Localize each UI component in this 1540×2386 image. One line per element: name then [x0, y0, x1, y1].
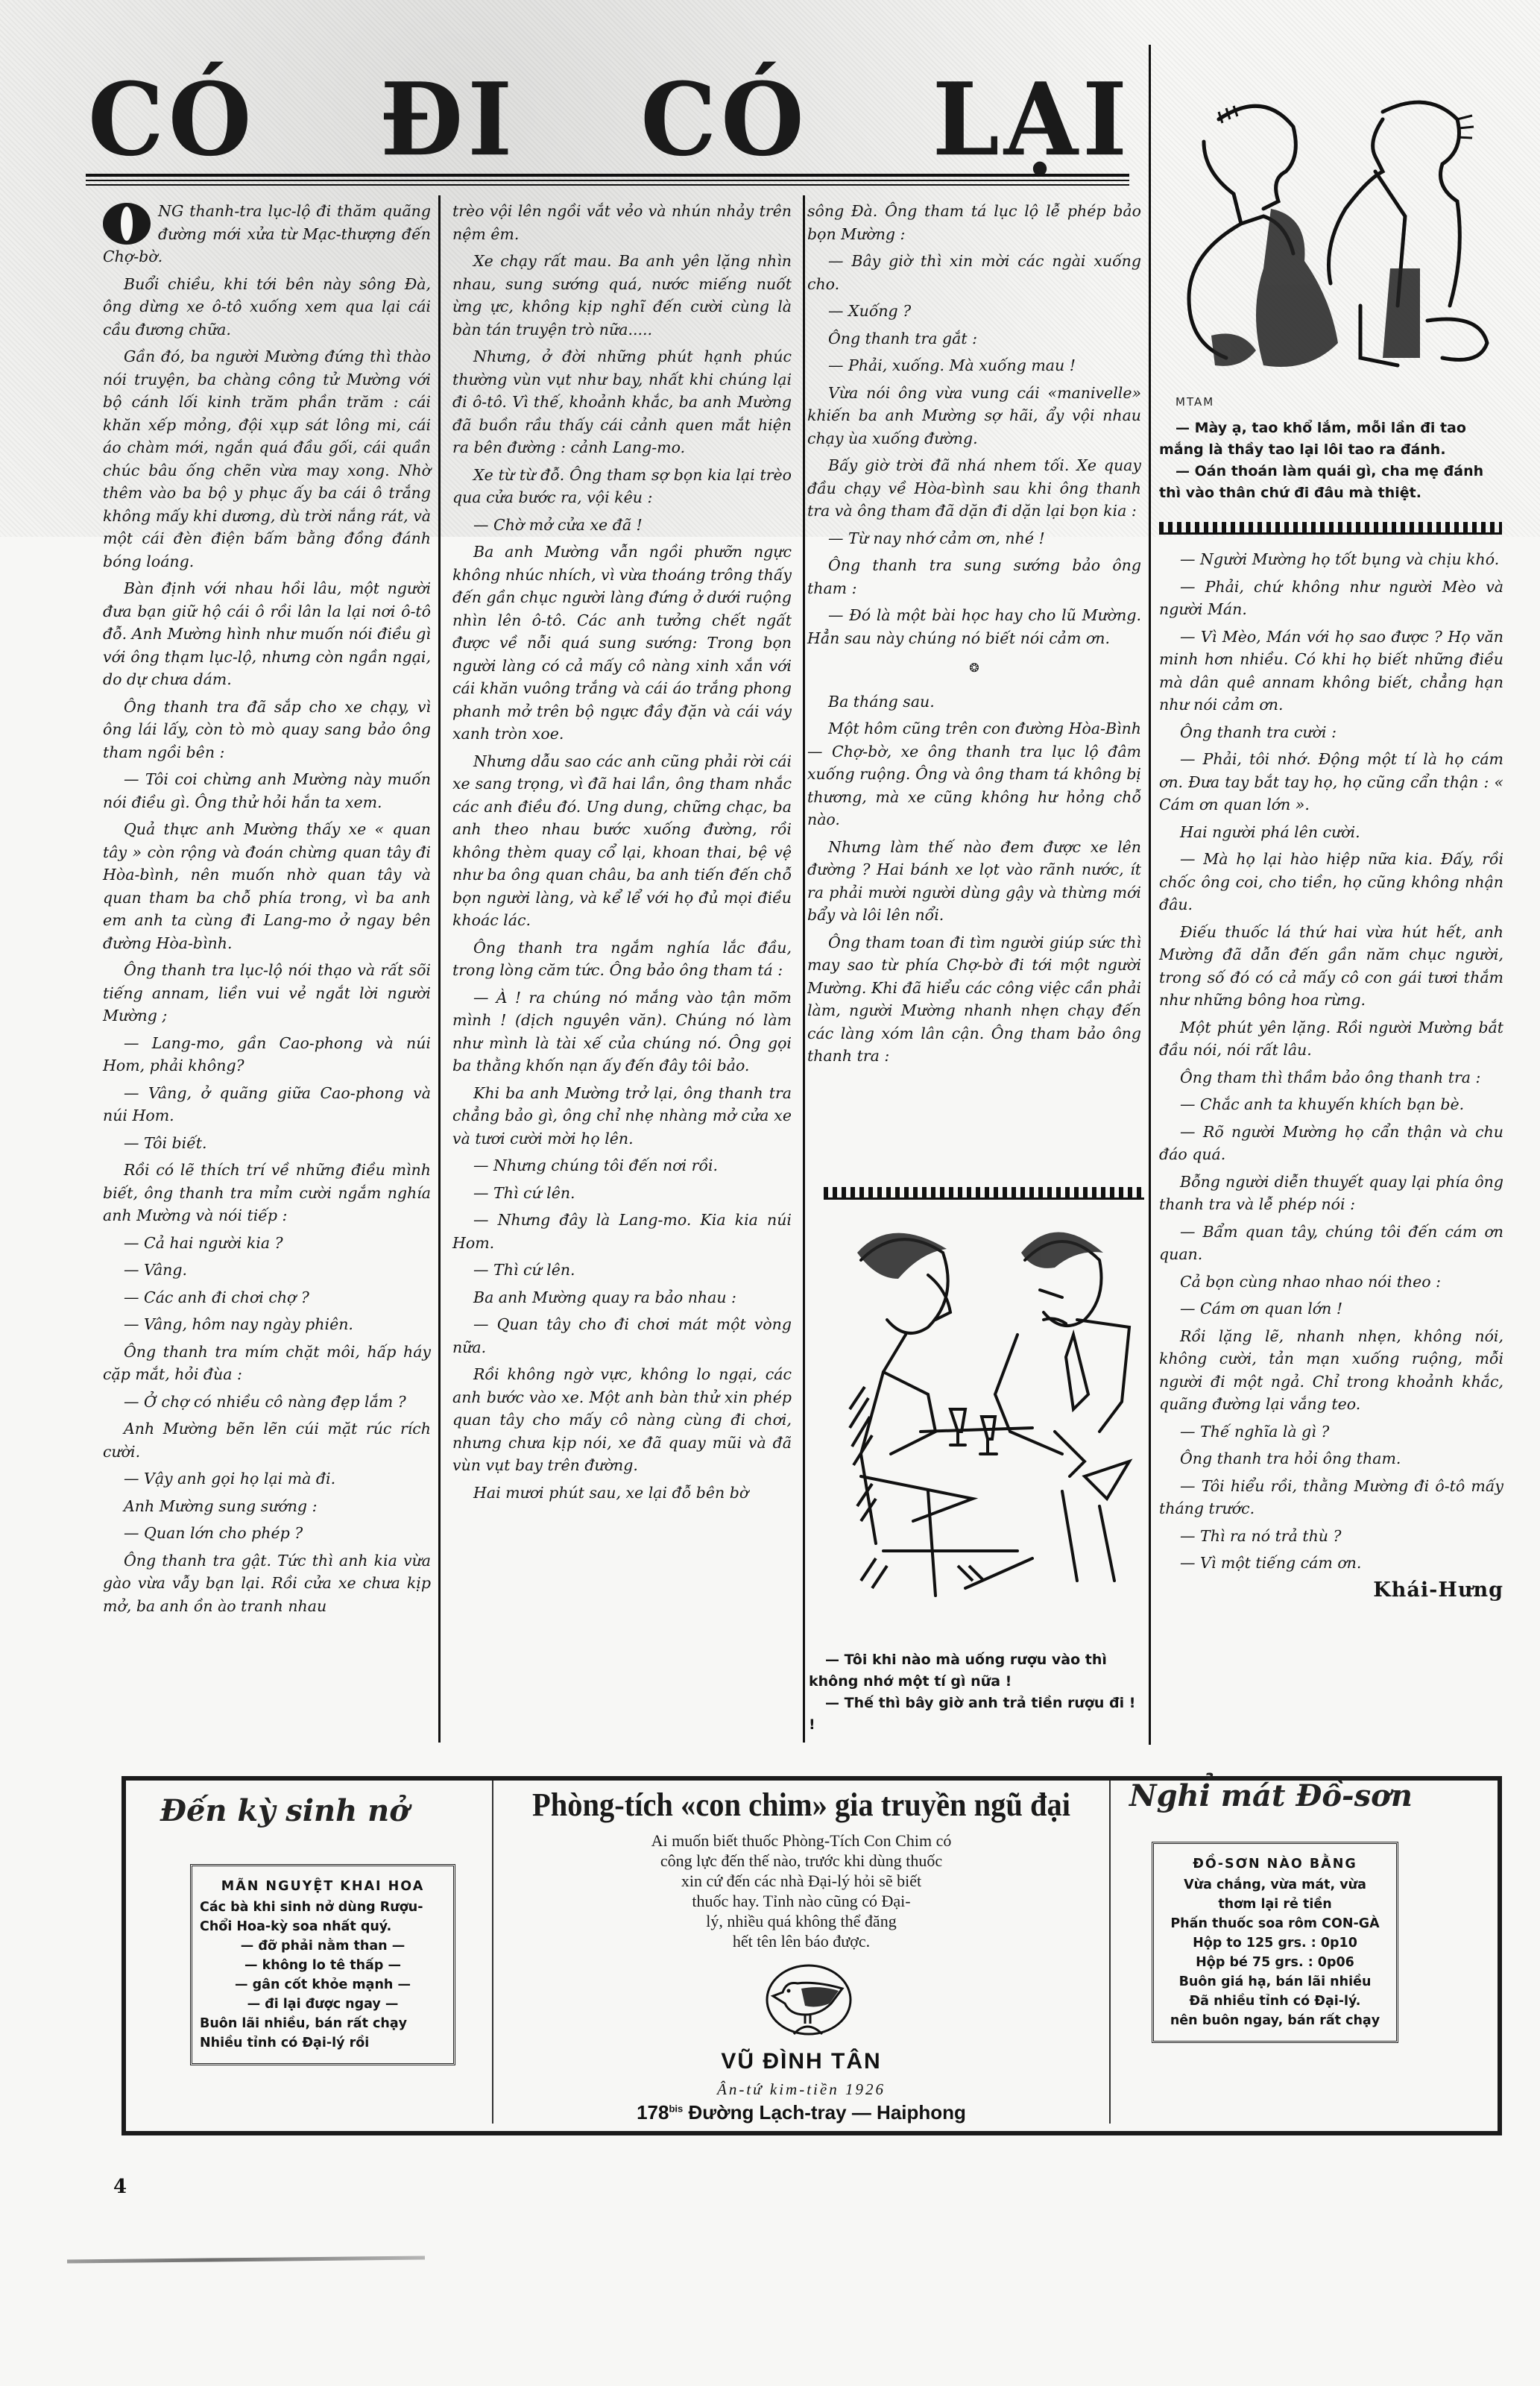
story-paragraph: Nhưng dẫu sao các anh cũng phải rời cái …	[452, 750, 792, 932]
ad-center-award: Ân-tứ kim-tiền 1926	[496, 2080, 1107, 2099]
story-paragraph: Nhưng, ở đời những phút hạnh phúc thường…	[452, 345, 792, 459]
story-paragraph: — Chắc anh ta khuyến khích bạn bè.	[1159, 1093, 1503, 1116]
story-paragraph: Một hôm cũng trên con đường Hòa-Bình — C…	[807, 717, 1141, 831]
ad-right-line: nên buôn ngay, bán rất chạy	[1161, 2011, 1389, 2030]
story-paragraph: Buổi chiều, khi tới bên này sông Đà, ông…	[103, 273, 431, 341]
story-paragraph: trèo vội lên ngồi vắt vẻo và nhún nhảy t…	[452, 200, 792, 245]
column-divider	[438, 195, 441, 1743]
headline-rule	[86, 184, 1129, 186]
ad-right-line: Buôn giá hạ, bán lãi nhiều	[1161, 1972, 1389, 1992]
ad-center-body: Ai muốn biết thuốc Phòng-Tích Con Chim c…	[507, 1831, 1096, 1951]
headline-word: LẠI	[932, 70, 1132, 170]
story-paragraph: Bỗng người diễn thuyết quay lại phía ông…	[1159, 1171, 1503, 1216]
headline-rule	[86, 180, 1129, 181]
dropcap-o	[103, 203, 151, 245]
ad-divider	[492, 1781, 493, 2124]
story-paragraph: Rồi không ngờ vực, không lo ngại, các an…	[452, 1363, 792, 1477]
story-paragraph: — Từ nay nhớ cảm ơn, nhé !	[807, 527, 1141, 550]
story-paragraph: Bấy giờ trời đã nhá nhem tối. Xe quay đầ…	[807, 454, 1141, 523]
story-paragraph: — Nhưng đây là Lang-mo. Kia kia núi Hom.	[452, 1209, 792, 1254]
story-paragraph: — Vì Mèo, Mán với họ sao được ? Họ văn m…	[1159, 626, 1503, 717]
story-paragraph: Ba anh Mường vẫn ngồi phưỡn ngực không n…	[452, 541, 792, 746]
ad-right-line: Vừa chắng, vừa mát, vừa	[1161, 1875, 1389, 1895]
story-paragraph: sông Đà. Ông tham tá lục lộ lễ phép bảo …	[807, 200, 1141, 245]
story-column-3: sông Đà. Ông tham tá lục lộ lễ phép bảo …	[807, 200, 1141, 1072]
caption-line: — Thế thì bây giờ anh trả tiền rượu đi !…	[809, 1693, 1143, 1736]
story-paragraph: Rồi có lẽ thích trí về những điều mình b…	[103, 1159, 431, 1227]
story-paragraph: — Phải, chứ không như người Mèo và người…	[1159, 576, 1503, 621]
ad-left-line: — đi lại được ngay —	[200, 1995, 446, 2014]
headline-word: CÓ	[640, 70, 808, 170]
bar-cartoon-caption: — Tôi khi nào mà uống rượu vào thì không…	[809, 1649, 1143, 1736]
story-paragraph: Quả thực anh Mường thấy xe « quan tây » …	[103, 818, 431, 954]
story-paragraph: Cả bọn cùng nhao nhao nói theo :	[1159, 1271, 1503, 1294]
ornamental-rule	[824, 1187, 1144, 1200]
story-paragraph: — Chờ mở cửa xe đã !	[452, 514, 792, 537]
story-paragraph: Xe chạy rất mau. Ba anh yên lặng nhìn nh…	[452, 250, 792, 341]
story-paragraph: Vừa nói ông vừa vung cái «manivelle» khi…	[807, 382, 1141, 450]
story-paragraph: Ông thanh tra hỏi ông tham.	[1159, 1447, 1503, 1470]
bar-cartoon-illustration	[816, 1208, 1144, 1603]
story-paragraph: Anh Mường bẽn lẽn cúi mặt rúc rích cười.	[103, 1417, 431, 1463]
page-number: 4	[113, 2176, 127, 2198]
story-paragraph: — Xuống ?	[807, 300, 1141, 323]
story-paragraph: Bàn định với nhau hồi lâu, một người đưa…	[103, 577, 431, 691]
story-paragraph: Ông thanh tra sung sướng bảo ông tham :	[807, 554, 1141, 599]
story-paragraph: — Lang-mo, gần Cao-phong và núi Hom, phả…	[103, 1032, 431, 1077]
ornamental-rule	[1159, 522, 1502, 535]
story-paragraph: Ông tham thì thầm bảo ông thanh tra :	[1159, 1066, 1503, 1089]
story-paragraph: Ba anh Mường quay ra bảo nhau :	[452, 1286, 792, 1309]
story-paragraph: — Thế nghĩa là gì ?	[1159, 1420, 1503, 1444]
artist-signature: MTAM	[1175, 395, 1214, 409]
story-paragraph: — Các anh đi chơi chợ ?	[103, 1286, 431, 1309]
ad-right-line: Hộp bé 75 grs. : 0p06	[1161, 1953, 1389, 1972]
ad-right-line: Phấn thuốc soa rôm CON-GÀ	[1161, 1914, 1389, 1933]
story-paragraph: Khi ba anh Mường trở lại, ông thanh tra …	[452, 1082, 792, 1150]
ad-right-heading: ĐỒ-SƠN NÀO BẰNG	[1161, 1854, 1389, 1874]
story-paragraph: Điếu thuốc lá thứ hai vừa hút hết, anh M…	[1159, 921, 1503, 1012]
story-paragraph: — Vậy anh gọi họ lại mà đi.	[103, 1467, 431, 1491]
story-paragraph: — Mà họ lại hào hiệp nữa kia. Đấy, rồi c…	[1159, 848, 1503, 916]
story-paragraph: Ba tháng sau.	[807, 690, 1141, 714]
column-divider	[803, 195, 805, 1743]
caption-line: — Oán thoán làm quái gì, cha mẹ đánh thì…	[1159, 461, 1506, 504]
story-paragraph: Ông thanh tra gắt :	[807, 327, 1141, 350]
story-paragraph: Hai mươi phút sau, xe lại đỗ bên bờ	[452, 1482, 792, 1505]
ad-left-box: MÃN NGUYỆT KHAI HOA Các bà khi sinh nở d…	[190, 1864, 455, 2065]
ad-left-line: — không lo tê thấp —	[200, 1956, 446, 1975]
story-column-2: trèo vội lên ngồi vắt vẻo và nhún nhảy t…	[452, 200, 792, 1508]
ad-left-title: Đến kỳ sinh nở	[160, 1793, 409, 1828]
story-paragraph: Ông thanh tra ngắm nghía lắc đầu, trong …	[452, 937, 792, 982]
story-paragraph: — Thì cứ lên.	[452, 1182, 792, 1205]
story-paragraph: — Rõ người Mường họ cẩn thận và chu đáo …	[1159, 1121, 1503, 1166]
story-paragraph: NG thanh-tra lục-lộ đi thăm quãng đường …	[103, 200, 431, 268]
story-paragraph: — Bẩm quan tây, chúng tôi đến cám ơn qua…	[1159, 1221, 1503, 1266]
story-paragraph: — Quan tây cho đi chơi mát một vòng nữa.	[452, 1313, 792, 1359]
author-signature: Khái-Hưng	[1159, 1579, 1503, 1602]
story-paragraph: Một phút yên lặng. Rồi người Mường bắt đ…	[1159, 1016, 1503, 1062]
story-paragraph: — Đó là một bài học hay cho lũ Mường. Hẳ…	[807, 604, 1141, 649]
scan-artifact-line	[67, 2256, 425, 2263]
story-paragraph: Hai người phá lên cười.	[1159, 821, 1503, 844]
story-paragraph: — À ! ra chúng nó mắng vào tận mõm mình …	[452, 986, 792, 1077]
story-paragraph: Ông thanh tra đã sắp cho xe chạy, vì ông…	[103, 696, 431, 764]
story-paragraph: Xe từ từ đỗ. Ông tham sợ bọn kia lại trè…	[452, 464, 792, 509]
story-paragraph: — Bây giờ thì xin mời các ngài xuống cho…	[807, 250, 1141, 295]
story-paragraph: Ông thanh tra gật. Tức thì anh kia vừa g…	[103, 1549, 431, 1618]
ad-left-line: — gân cốt khỏe mạnh —	[200, 1975, 446, 1995]
story-paragraph: Gần đó, ba người Mường đứng thì thào nói…	[103, 345, 431, 573]
caption-line: — Tôi khi nào mà uống rượu vào thì không…	[809, 1649, 1143, 1693]
story-paragraph: — Vâng, ở quãng giữa Cao-phong và núi Ho…	[103, 1082, 431, 1127]
ad-center-brand: VŨ ĐÌNH TÂN	[496, 2049, 1107, 2074]
story-paragraph: — Vâng, hôm nay ngày phiên.	[103, 1313, 431, 1336]
story-paragraph: Anh Mường sung sướng :	[103, 1495, 431, 1518]
ad-left-line: Các bà khi sinh nở dùng Rượu-Chổi Hoa-kỳ…	[200, 1898, 446, 1936]
ad-center-address: 178bis Đường Lạch-tray — Haiphong	[496, 2101, 1107, 2124]
ad-right-line: Hộp to 125 grs. : 0p10	[1161, 1933, 1389, 1953]
story-paragraph: Rồi lặng lẽ, nhanh nhẹn, không nói, khôn…	[1159, 1325, 1503, 1416]
section-break-ornament: ❂	[807, 657, 1141, 680]
ad-left-line: Buôn lãi nhiều, bán rất chạy	[200, 2014, 446, 2033]
story-paragraph: — Vâng.	[103, 1259, 431, 1282]
story-paragraph: — Người Mường họ tốt bụng và chịu khó.	[1159, 548, 1503, 571]
headline-word: CÓ	[88, 70, 256, 170]
column-divider	[1149, 45, 1151, 1745]
ad-center-title: Phòng-tích «con chim» gia truyền ngũ đại	[520, 1786, 1082, 1824]
ad-left-heading: MÃN NGUYỆT KHAI HOA	[200, 1877, 446, 1896]
ad-right-title: Nghỉ mát Đồ-sơn	[1129, 1778, 1413, 1813]
ad-right-box: ĐỒ-SƠN NÀO BẰNG Vừa chắng, vừa mát, vừa …	[1152, 1842, 1398, 2043]
story-paragraph: Ông tham toan đi tìm người giúp sức thì …	[807, 931, 1141, 1068]
story-paragraph: Ông thanh tra mím chặt môi, hấp háy cặp …	[103, 1341, 431, 1386]
ad-right-line: thơm lại rẻ tiền	[1161, 1895, 1389, 1914]
story-column-1: NG thanh-tra lục-lộ đi thăm quãng đường …	[103, 200, 431, 1622]
story-paragraph: — Nhưng chúng tôi đến nơi rồi.	[452, 1154, 792, 1177]
children-cartoon-illustration	[1159, 60, 1517, 380]
story-paragraph: — Tôi hiểu rồi, thằng Mường đi ô-tô mấy …	[1159, 1475, 1503, 1520]
story-column-4: — Người Mường họ tốt bụng và chịu khó. —…	[1159, 548, 1503, 1602]
story-paragraph: — Cám ơn quan lớn !	[1159, 1297, 1503, 1321]
story-paragraph: — Tôi coi chừng anh Mường này muốn nói đ…	[103, 768, 431, 813]
story-paragraph: — Thì ra nó trả thù ?	[1159, 1525, 1503, 1548]
story-paragraph: — Phải, xuống. Mà xuống mau !	[807, 354, 1141, 377]
story-headline: CÓ ĐI CÓ LẠI	[88, 78, 1132, 168]
ad-left-line: Nhiều tỉnh có Đại-lý rồi	[200, 2033, 446, 2053]
story-paragraph: — Vì một tiếng cám ơn.	[1159, 1552, 1503, 1575]
story-paragraph: — Thì cứ lên.	[452, 1259, 792, 1282]
story-paragraph: — Quan lớn cho phép ?	[103, 1522, 431, 1545]
story-paragraph: Ông thanh tra cười :	[1159, 721, 1503, 744]
story-paragraph: Ông thanh tra lục-lộ nói thạo và rất sõi…	[103, 959, 431, 1027]
headline-rule	[86, 174, 1129, 177]
caption-line: — Mày ạ, tao khổ lắm, mỗi lần đi tao mắn…	[1159, 418, 1506, 461]
story-paragraph: — Tôi biết.	[103, 1132, 431, 1155]
ad-divider	[1109, 1781, 1111, 2124]
headline-word: ĐI	[379, 70, 517, 170]
ad-left-line: — đỡ phải nằm than —	[200, 1936, 446, 1956]
bird-emblem-icon	[764, 1962, 853, 2037]
story-paragraph: — Ở chợ có nhiều cô nàng đẹp lắm ?	[103, 1391, 431, 1414]
story-paragraph: — Phải, tôi nhớ. Động một tí là họ cám ơ…	[1159, 748, 1503, 816]
story-paragraph: — Cả hai người kia ?	[103, 1232, 431, 1255]
children-cartoon-caption: — Mày ạ, tao khổ lắm, mỗi lần đi tao mắn…	[1159, 418, 1506, 504]
story-paragraph: Nhưng làm thế nào đem được xe lên đường …	[807, 836, 1141, 927]
ad-right-line: Đã nhiều tỉnh có Đại-lý.	[1161, 1992, 1389, 2011]
